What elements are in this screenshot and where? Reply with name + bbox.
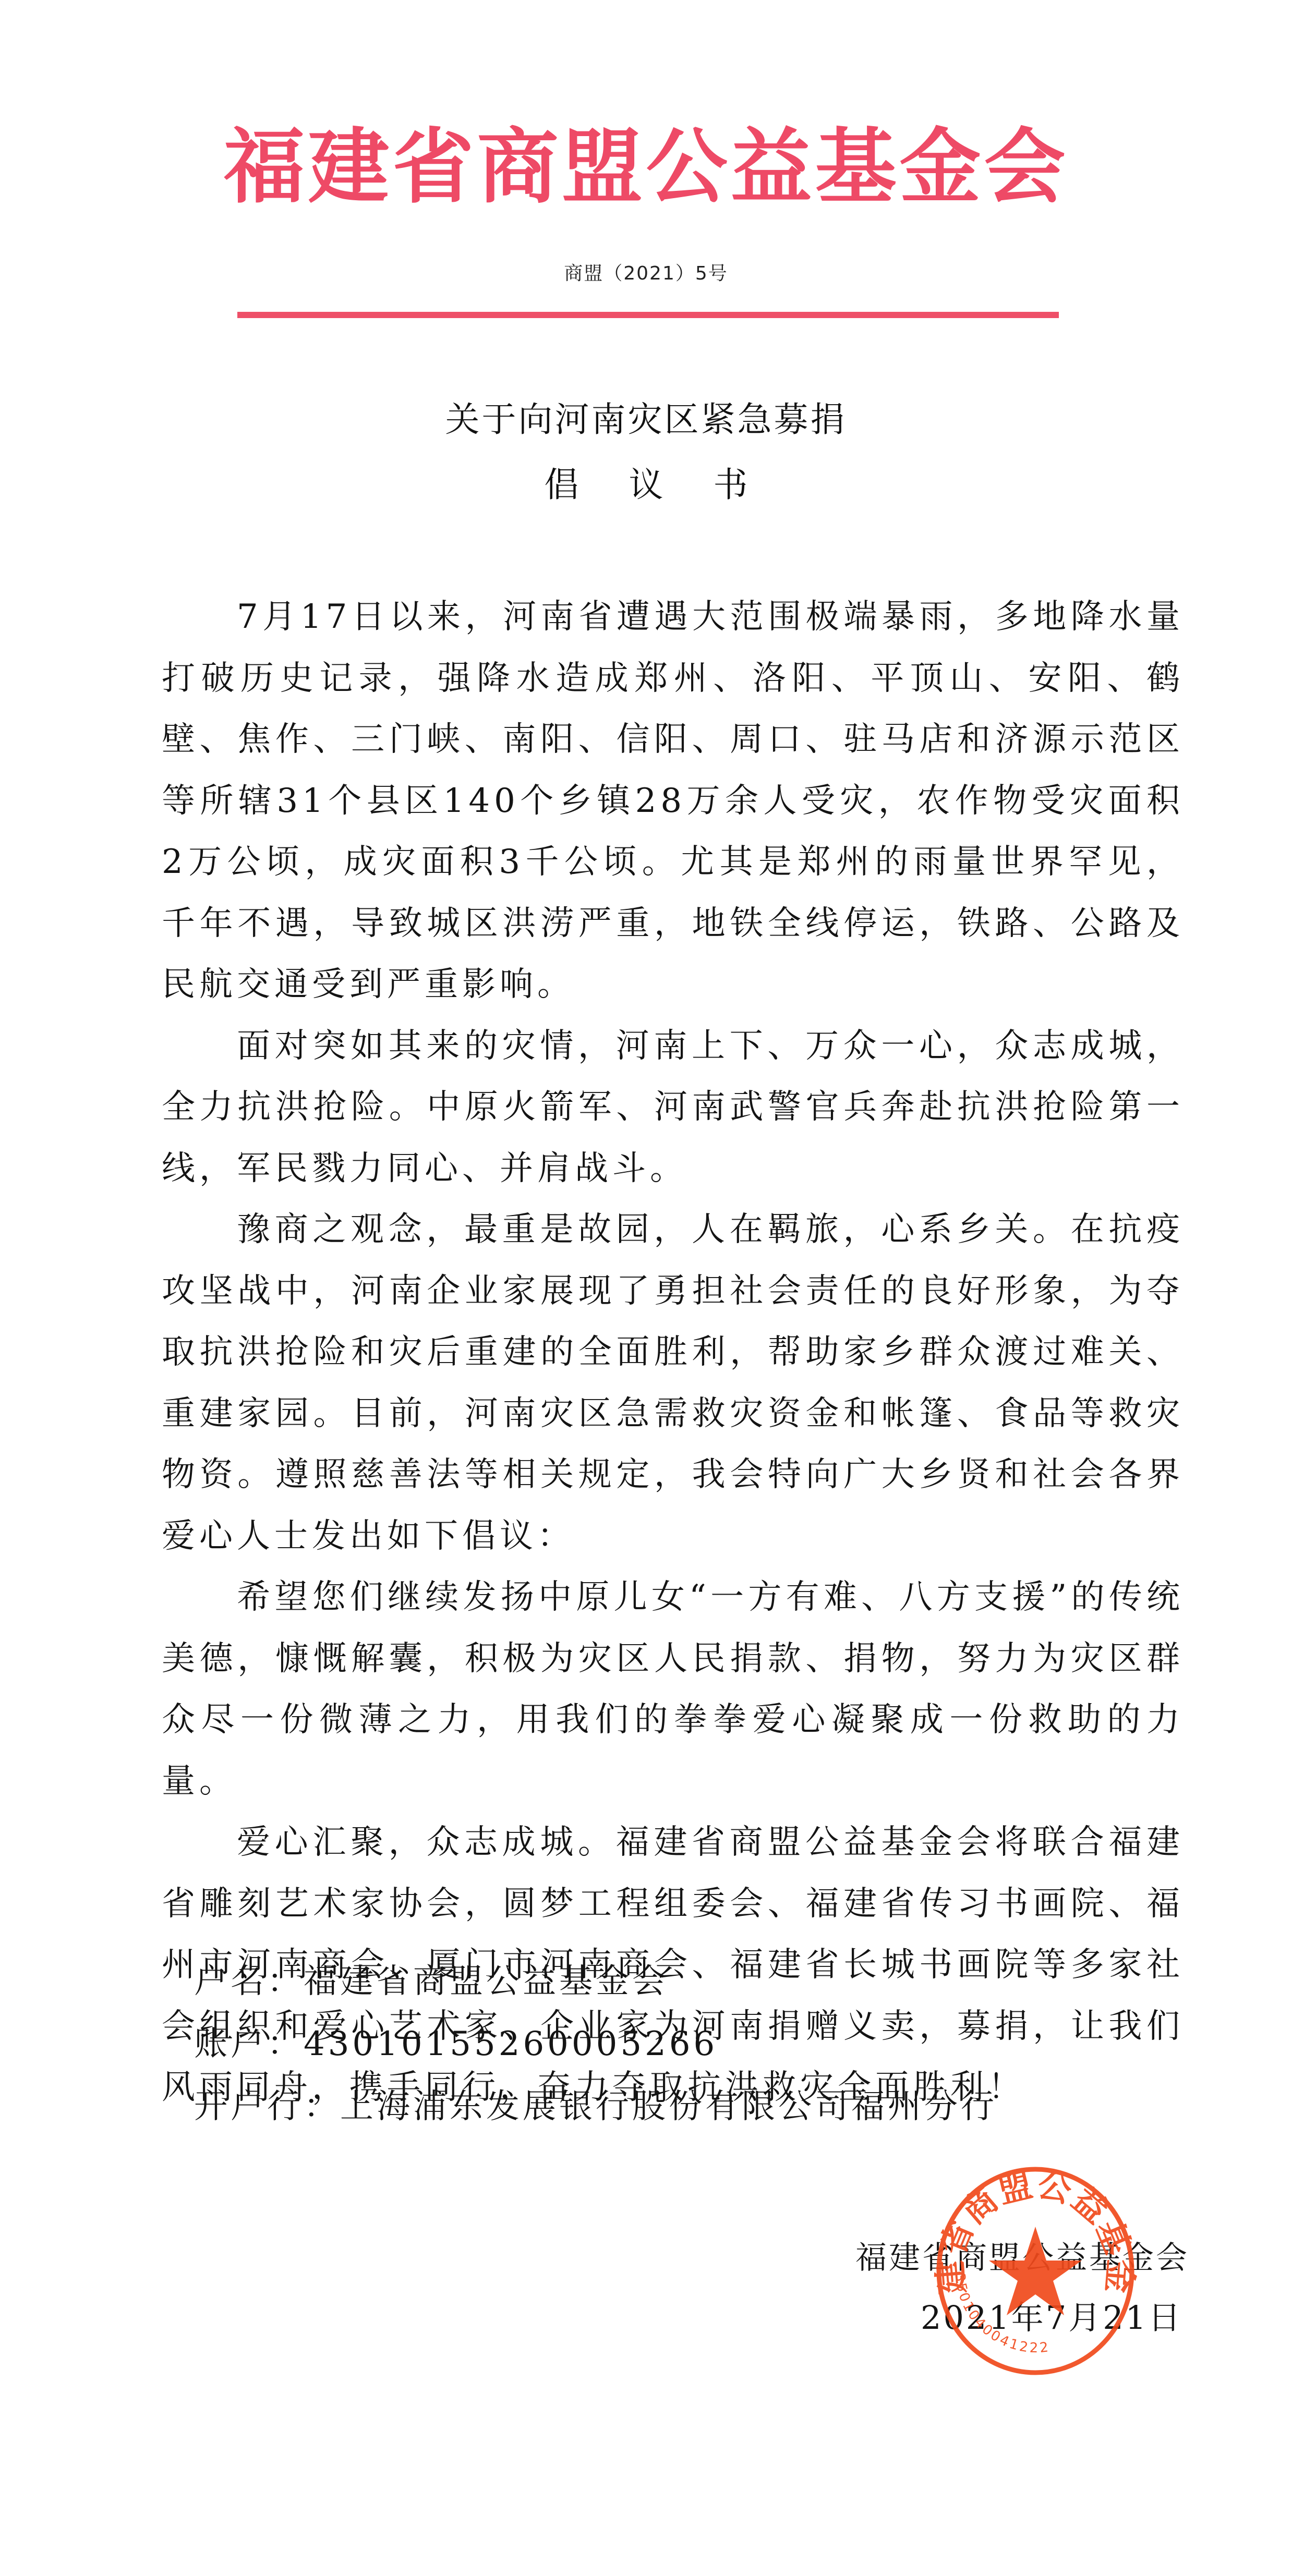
document-subtitle: 倡议书 <box>0 461 1292 508</box>
body-paragraph: 面对突如其来的灾情，河南上下、万众一心，众志成城，全力抗洪抢险。中原火箭军、河南… <box>162 1016 1184 1200</box>
letterhead-red-divider <box>237 312 1059 318</box>
body-paragraph: 豫商之观念，最重是故园，人在羁旅，心系乡关。在抗疫攻坚战中，河南企业家展现了勇担… <box>162 1199 1184 1567</box>
document-number: 商盟（2021）5号 <box>0 261 1292 287</box>
body-paragraph: 希望您们继续发扬中原儿女“一方有难、八方支援”的传统美德，慷慨解囊，积极为灾区人… <box>162 1567 1184 1812</box>
body-paragraph: 7月17日以来，河南省遭遇大范围极端暴雨，多地降水量打破历史记录，强降水造成郑州… <box>162 587 1184 1016</box>
letterhead-org-name: 福建省商盟公益基金会 <box>0 117 1292 216</box>
official-seal-stamp: 福建省商盟公益基金会 3501040041222 <box>928 2164 1142 2378</box>
letter-body: 7月17日以来，河南省遭遇大范围极端暴雨，多地降水量打破历史记录，强降水造成郑州… <box>162 587 1184 2119</box>
document-title: 关于向河南灾区紧急募捐 <box>0 396 1292 443</box>
bank-account-info: 户名：福建省商盟公益基金会 账户：43010155260005266 开户行：上… <box>194 1950 997 2138</box>
account-name: 户名：福建省商盟公益基金会 <box>194 1950 997 2013</box>
account-number: 账户：43010155260005266 <box>194 2013 997 2075</box>
account-bank: 开户行：上海浦东发展银行股份有限公司福州分行 <box>194 2075 997 2138</box>
star-icon <box>989 2227 1082 2315</box>
